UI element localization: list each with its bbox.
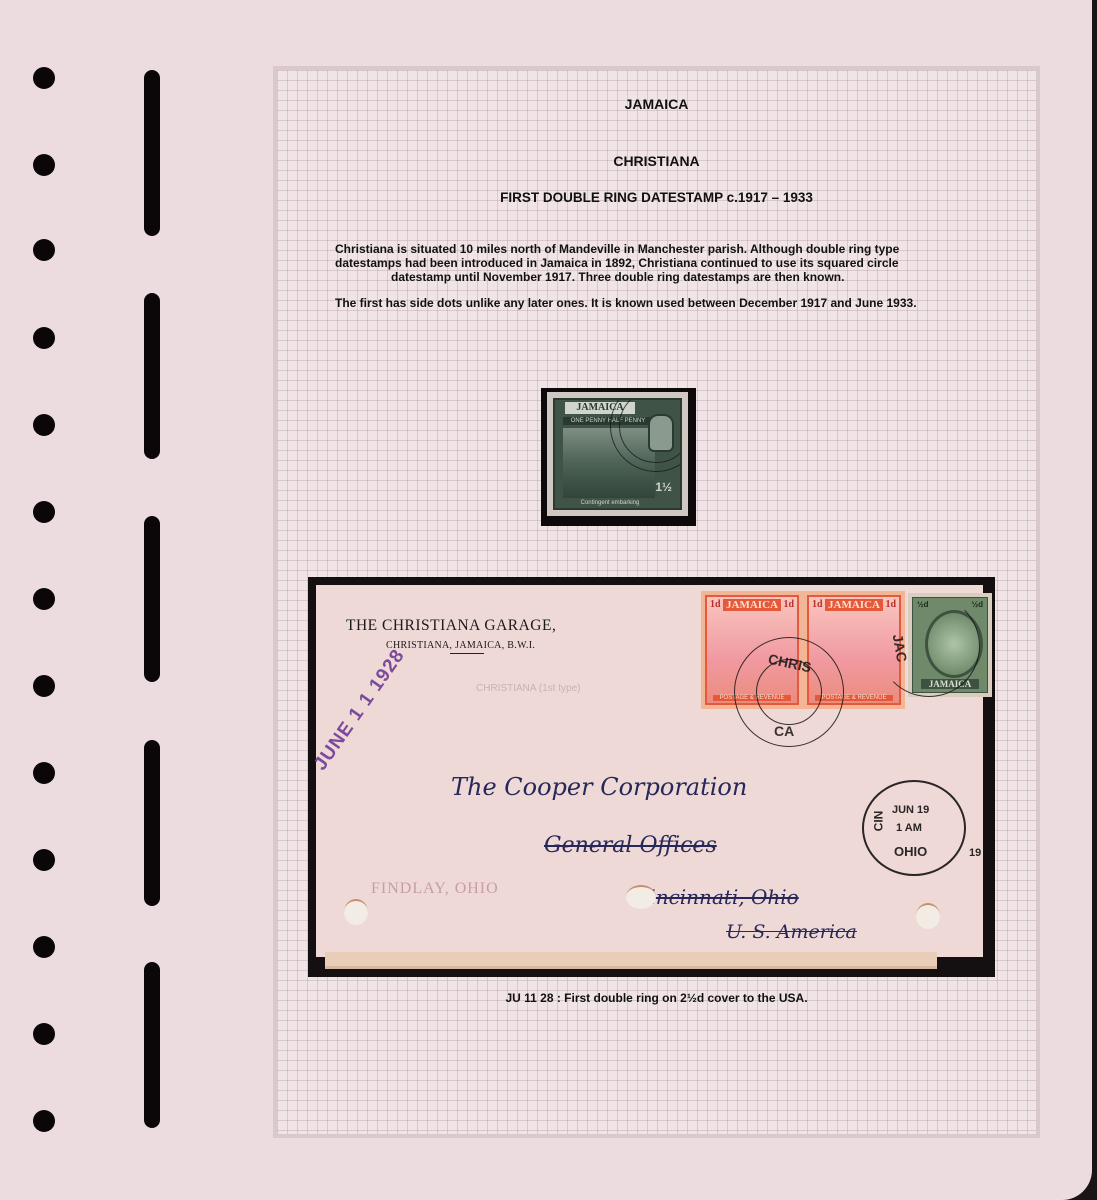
cancel-date: JUN 19 (892, 804, 929, 816)
binder-hole (33, 762, 55, 784)
intro-line: datestamp until November 1917. Three dou… (335, 270, 844, 284)
stamp-value: 1d (710, 599, 721, 610)
binder-hole (33, 501, 55, 523)
cover-damage-hole (916, 903, 940, 929)
stamp-country: JAMAICA (723, 599, 781, 611)
binder-hole (33, 849, 55, 871)
intro-paragraph-2: The first has side dots unlike any later… (335, 296, 975, 310)
pencil-note: CHRISTIANA (1st type) (476, 683, 580, 694)
album-page: JAMAICA CHRISTIANA FIRST DOUBLE RING DAT… (0, 0, 1092, 1200)
binder-hole (33, 154, 55, 176)
quadrille-frame: JAMAICA CHRISTIANA FIRST DOUBLE RING DAT… (273, 66, 1040, 1138)
intro-line: Christiana is situated 10 miles north of… (335, 242, 899, 256)
cover-damage-hole (344, 899, 368, 925)
letterhead-rule (450, 653, 484, 654)
findlay-handstamp: FINDLAY, OHIO (371, 880, 499, 898)
binder-hole (33, 1023, 55, 1045)
binder-slot (144, 293, 160, 459)
address-line: U. S. America (726, 921, 857, 943)
binder-slot (144, 962, 160, 1128)
address-line: General Offices (544, 833, 717, 858)
cancel-text: CA (774, 723, 794, 739)
binder-slot (144, 70, 160, 236)
stamp-value: 1d (783, 599, 794, 610)
stamp-value: 1d (812, 599, 823, 610)
stamp-caption: Contingent embarking (565, 500, 655, 506)
binder-hole (33, 1110, 55, 1132)
cover-damage-hole (626, 885, 656, 909)
binder-hole (33, 588, 55, 610)
page-title-town: CHRISTIANA (277, 153, 1036, 169)
stamp-design: JAMAICA ONE PENNY HALF PENNY 1½ Continge… (553, 398, 682, 510)
binder-slot (144, 516, 160, 682)
intro-text: Christiana is situated 10 miles north of… (335, 242, 975, 322)
cancel-year-fragment: 19 (969, 847, 981, 859)
binder-hole (33, 414, 55, 436)
binder-slot (144, 740, 160, 906)
binder-hole (33, 936, 55, 958)
cover-edge (325, 952, 937, 969)
stamp-mount: JAMAICA ONE PENNY HALF PENNY 1½ Continge… (541, 388, 696, 526)
cancel-time: 1 AM (896, 822, 922, 834)
letterhead-address: CHRISTIANA, JAMAICA, B.W.I. (386, 640, 556, 651)
binder-hole (33, 239, 55, 261)
stamp-value: ½d (971, 600, 983, 609)
binder-hole (33, 67, 55, 89)
cancel-city: CIN (871, 811, 885, 832)
stamp-contingent-embarking: JAMAICA ONE PENNY HALF PENNY 1½ Continge… (547, 392, 688, 516)
letterhead-name: THE CHRISTIANA GARAGE, (346, 617, 556, 635)
postal-cover: THE CHRISTIANA GARAGE, CHRISTIANA, JAMAI… (316, 585, 983, 957)
us-receiving-cancel: CIN JUN 19 1 AM OHIO (862, 780, 966, 876)
letterhead: THE CHRISTIANA GARAGE, CHRISTIANA, JAMAI… (346, 617, 556, 654)
binder-hole (33, 675, 55, 697)
cover-caption: JU 11 28 : First double ring on 2½d cove… (277, 991, 1036, 1005)
page-subtitle: FIRST DOUBLE RING DATESTAMP c.1917 – 193… (277, 190, 1036, 205)
stamp-value: 1½ (655, 480, 672, 494)
cancel-state: OHIO (894, 844, 927, 859)
intro-line: datestamps had been introduced in Jamaic… (335, 256, 899, 270)
page-title-country: JAMAICA (277, 96, 1036, 112)
stamp-country: JAMAICA (825, 599, 883, 611)
received-handstamp: JUNE 1 1 1928 (310, 645, 410, 775)
address-line: Cincinnati, Ohio (634, 885, 799, 909)
intro-paragraph-1: Christiana is situated 10 miles north of… (335, 242, 975, 284)
binder-hole (33, 327, 55, 349)
address-line: The Cooper Corporation (451, 773, 747, 801)
cover-mount: THE CHRISTIANA GARAGE, CHRISTIANA, JAMAI… (308, 577, 995, 977)
